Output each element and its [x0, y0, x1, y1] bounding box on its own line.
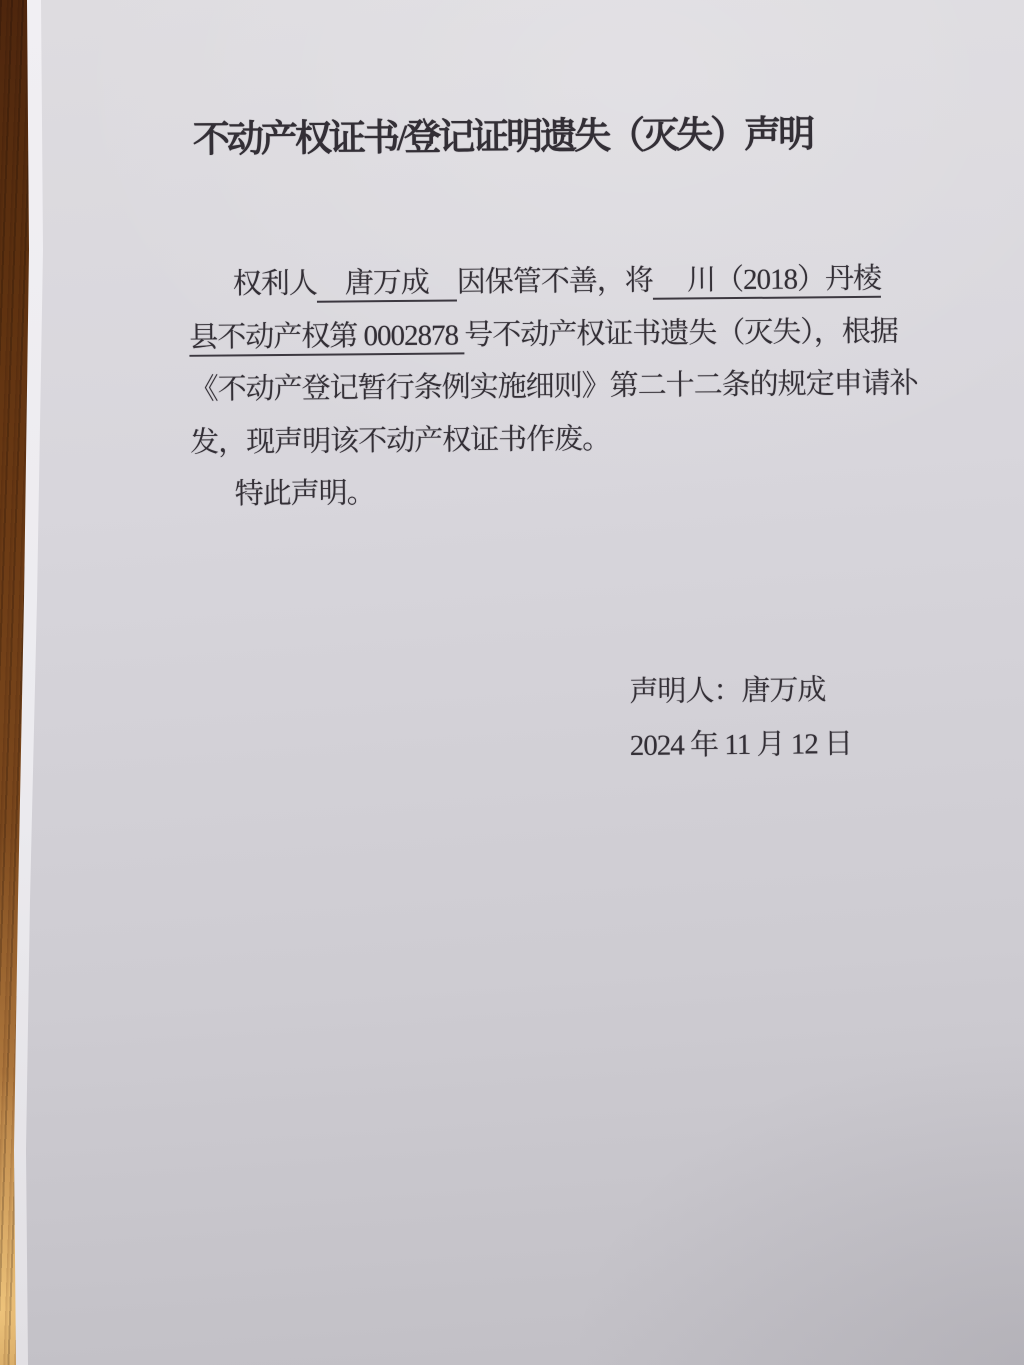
signature-date: 2024 年 11 月 12 日 [630, 717, 853, 773]
text-run: 权利人 [233, 268, 317, 301]
underlined-certificate-number: 县不动产权第 0002878 [189, 319, 464, 356]
body-line-4: 发，现声明该不动产权证书作废。 [190, 410, 920, 469]
document-photo: 不动产权证书/登记证明遗失（灭失）声明 权利人 唐万成 因保管不善，将 川（20… [0, 0, 1024, 1365]
document-content: 不动产权证书/登记证明遗失（灭失）声明 权利人 唐万成 因保管不善，将 川（20… [0, 0, 1024, 1365]
document-body: 权利人 唐万成 因保管不善，将 川（2018）丹棱 县不动产权第 0002878… [189, 252, 921, 521]
signature-block: 声明人：唐万成 2024 年 11 月 12 日 [629, 663, 852, 773]
body-line-1: 权利人 唐万成 因保管不善，将 川（2018）丹棱 [189, 252, 919, 311]
signature-declarant: 声明人：唐万成 [629, 663, 852, 719]
body-line-2: 县不动产权第 0002878 号不动产权证书遗失（灭失），根据 [189, 305, 919, 364]
underlined-certificate-region: 川（2018）丹棱 [653, 263, 882, 300]
body-line-5: 特此声明。 [190, 462, 920, 521]
document-title: 不动产权证书/登记证明遗失（灭失）声明 [0, 102, 1008, 165]
text-run: 因保管不善，将 [457, 265, 653, 299]
underlined-holder-name: 唐万成 [317, 266, 457, 302]
text-run: 号不动产权证书遗失（灭失），根据 [464, 315, 898, 351]
body-line-3: 《不动产登记暂行条例实施细则》第二十二条的规定申请补 [189, 357, 919, 416]
